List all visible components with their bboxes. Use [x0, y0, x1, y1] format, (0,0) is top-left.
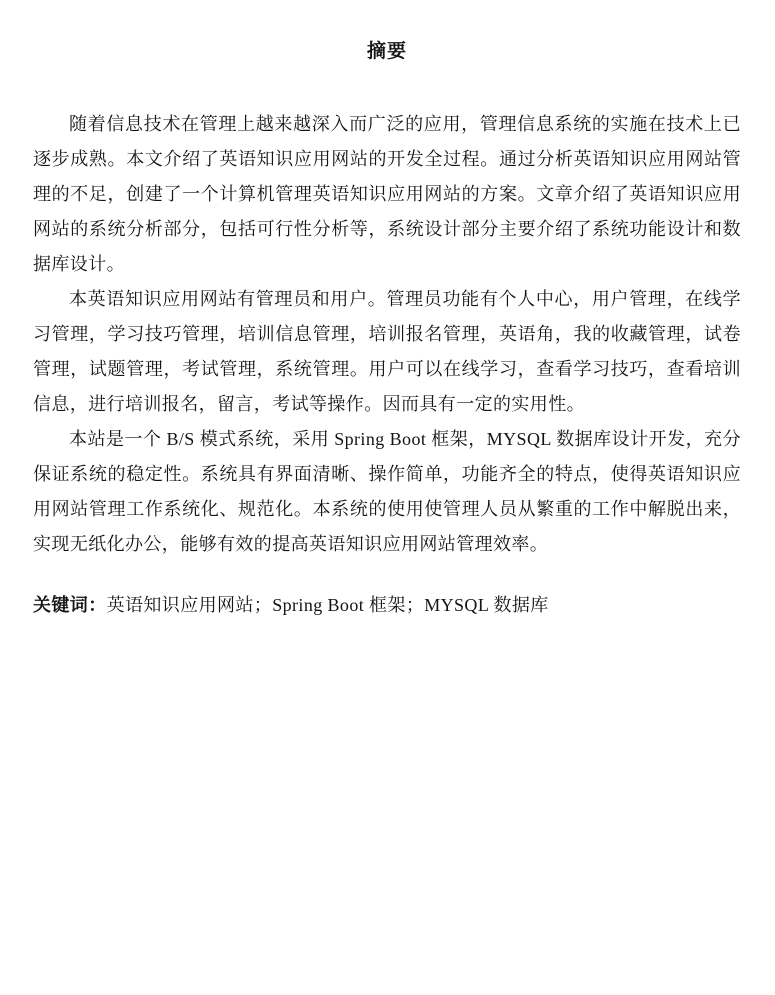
page-title: 摘要 [33, 34, 741, 69]
keywords-text: 英语知识应用网站；Spring Boot 框架；MYSQL 数据库 [107, 595, 549, 615]
abstract-paragraph-1: 随着信息技术在管理上越来越深入而广泛的应用，管理信息系统的实施在技术上已逐步成熟… [33, 107, 741, 282]
abstract-paragraph-3: 本站是一个 B/S 模式系统，采用 Spring Boot 框架，MYSQL 数… [33, 422, 741, 562]
abstract-paragraph-2: 本英语知识应用网站有管理员和用户。管理员功能有个人中心，用户管理，在线学习管理，… [33, 282, 741, 422]
keywords-line: 关键词：英语知识应用网站；Spring Boot 框架；MYSQL 数据库 [33, 588, 741, 623]
document-page: 摘要 随着信息技术在管理上越来越深入而广泛的应用，管理信息系统的实施在技术上已逐… [0, 0, 775, 995]
keywords-label: 关键词： [33, 595, 107, 615]
